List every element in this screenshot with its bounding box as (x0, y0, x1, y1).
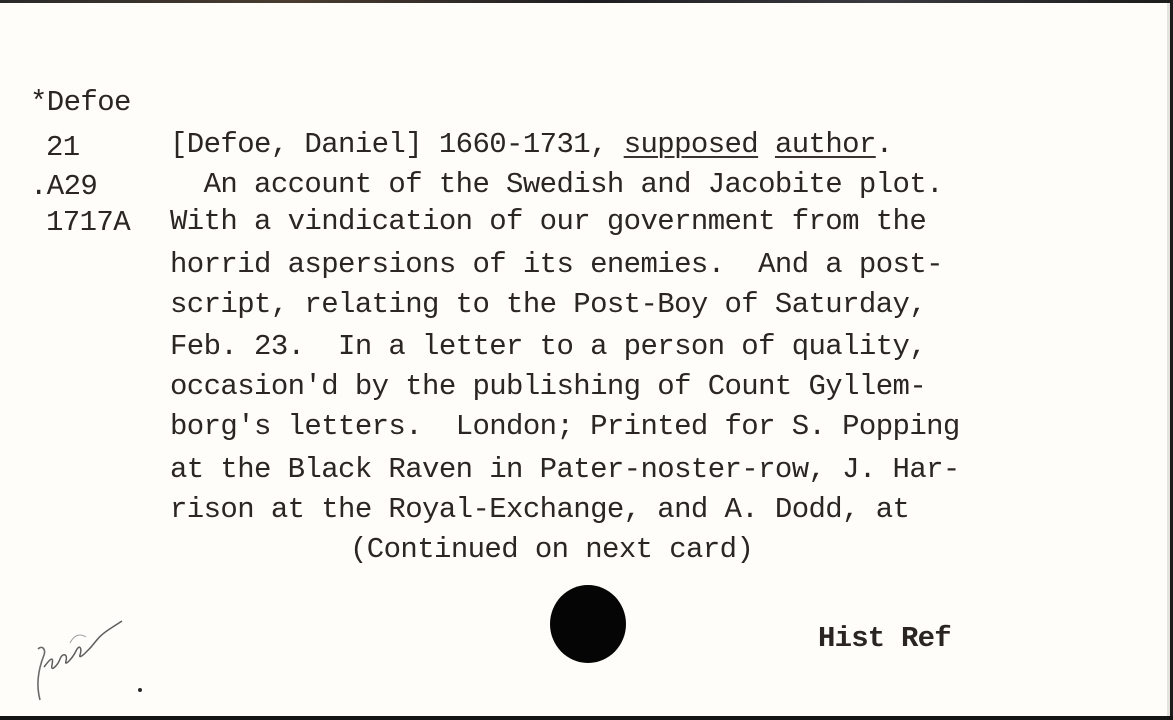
body-line: horrid aspersions of its enemies. And a … (170, 250, 943, 279)
punch-hole-icon (550, 585, 626, 663)
call-number-class: 21 (46, 133, 80, 162)
relator-period: . (876, 128, 893, 161)
handwriting-scribble-icon (30, 615, 150, 705)
relator-supposed: supposed (624, 128, 758, 161)
body-line: borg's letters. London; Printed for S. P… (170, 412, 960, 441)
body-line: An account of the Swedish and Jacobite p… (170, 170, 943, 199)
body-line: rison at the Royal-Exchange, and A. Dodd… (170, 495, 909, 524)
continuation-note: (Continued on next card) (350, 535, 753, 564)
body-line: at the Black Raven in Pater-noster-row, … (170, 455, 960, 484)
body-line: occasion'd by the publishing of Count Gy… (170, 372, 926, 401)
relator-author: author (775, 128, 876, 161)
author-heading: [Defoe, Daniel] 1660-1731, supposed auth… (170, 130, 893, 159)
author-name: [Defoe, Daniel] 1660-1731, (170, 128, 607, 161)
card-bottom-edge (0, 716, 1173, 720)
body-line: Feb. 23. In a letter to a person of qual… (170, 332, 926, 361)
call-number-prefix: *Defoe (30, 88, 131, 117)
body-line: script, relating to the Post-Boy of Satu… (170, 290, 926, 319)
body-line: With a vindication of our government fro… (170, 207, 926, 236)
location-label: Hist Ref (818, 622, 951, 655)
call-number-date: 1717A (46, 208, 130, 237)
call-number-cutter: .A29 (30, 172, 97, 201)
